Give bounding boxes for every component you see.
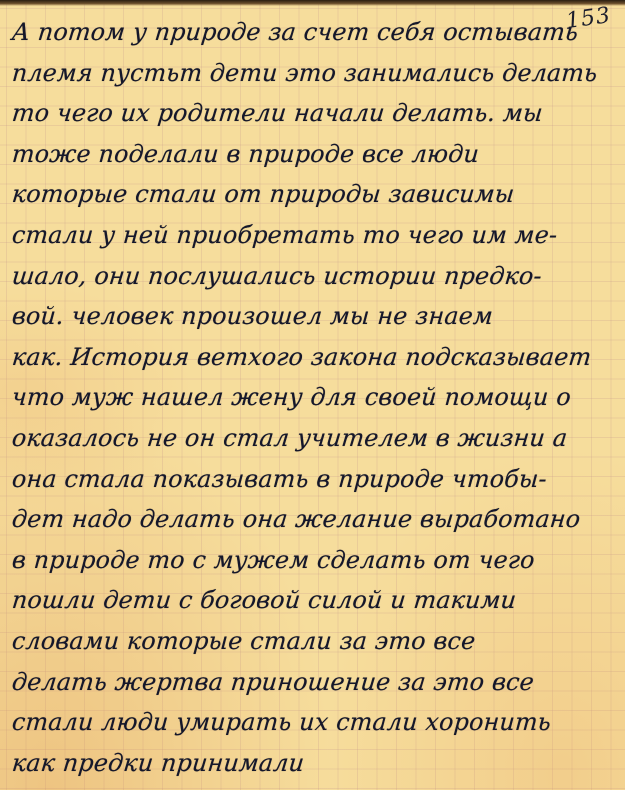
text-line: стали люди умирать их стали хоронить	[11, 702, 599, 743]
text-line: оказалось не он стал учителем в жизни а	[10, 418, 599, 459]
text-line: что муж нашел жену для своей помощи о	[11, 377, 599, 418]
page-top-edge	[0, 0, 625, 6]
text-line: дет надо делать она желание выработано	[10, 499, 599, 540]
manuscript-page: 153 А потом у природе за счет себя остыв…	[0, 0, 625, 790]
text-line: стали у ней приобретать то чего им ме-	[11, 215, 599, 256]
text-line: А потом у природе за счет себя остывать	[10, 12, 599, 53]
text-line: словами которые стали за это все	[11, 621, 599, 662]
text-line: которые стали от природы зависимы	[10, 174, 599, 215]
text-line: как. История ветхого закона подсказывает	[10, 337, 599, 378]
text-line: шало, они послушались истории предко-	[10, 256, 599, 297]
text-line: делать жертва приношение за это все	[10, 662, 599, 703]
text-line: вой. человек произошел мы не знаем	[11, 296, 599, 337]
text-line: как предки принимали	[10, 743, 599, 784]
text-line: тоже поделали в природе все люди	[11, 134, 599, 175]
text-line: она стала показывать в природе чтобы-	[11, 459, 599, 500]
text-line: пошли дети с боговой силой и такими	[10, 580, 599, 621]
text-line: в природе то с мужем сделать от чего	[11, 540, 599, 581]
handwritten-text-block: А потом у природе за счет себя остывать …	[12, 12, 602, 783]
text-line: племя пустьт дети это занимались делать	[11, 53, 598, 94]
text-line: то чего их родители начали делать. мы	[10, 93, 599, 134]
